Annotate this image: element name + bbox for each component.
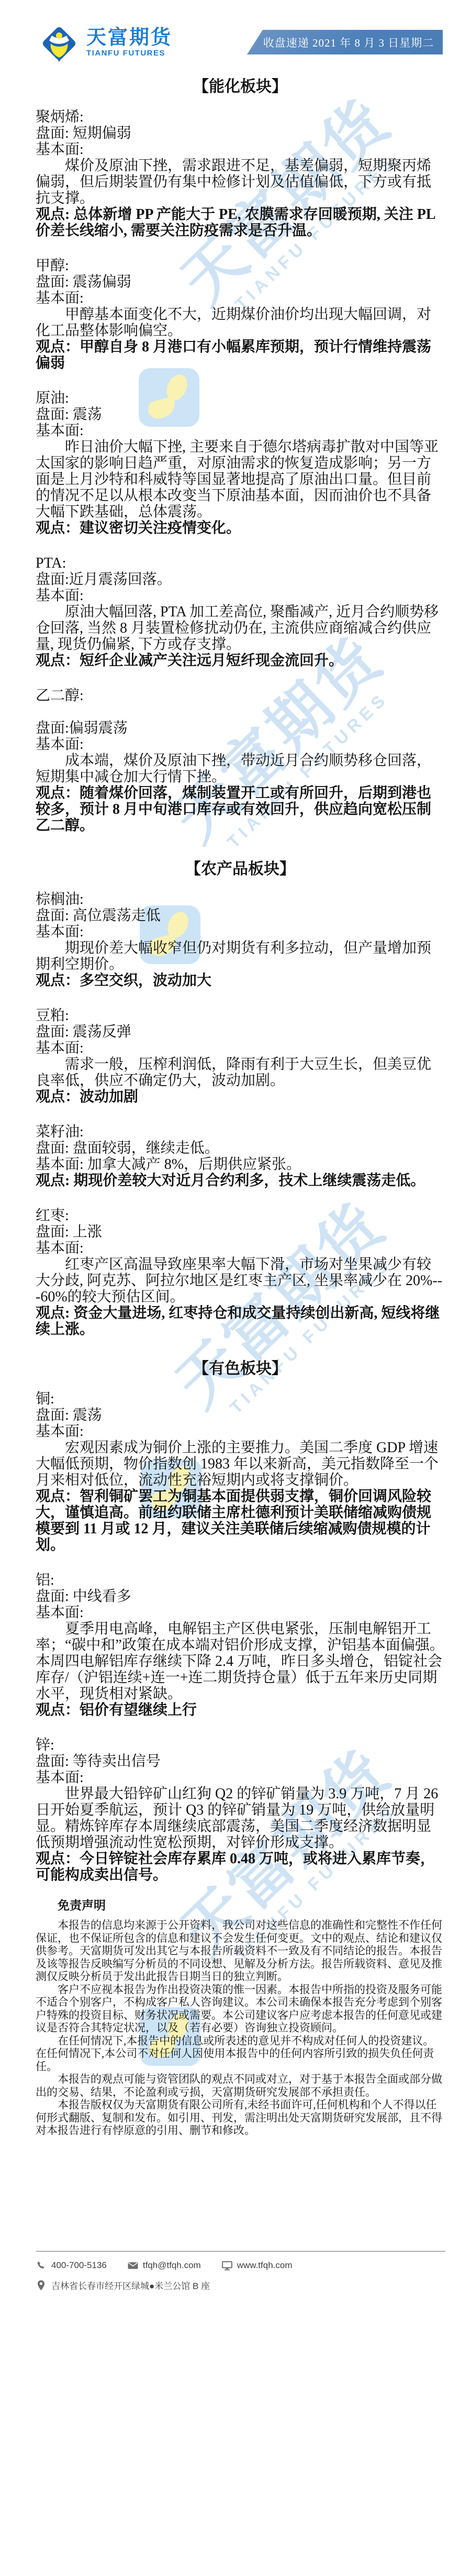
commodity-name: 豆粕: [36,1008,445,1024]
section-rapeseed-oil: 菜籽油: 盘面: 盘面较弱，继续走低。 基本面: 加拿大减产 8%，后期供应紧张… [36,1124,445,1189]
fundamentals-label: 基本面: [36,924,445,940]
section-meg: 乙二醇: 盘面:偏弱震荡 基本面: 成本端，煤价及原油下挫，带动近月合约顺势移仓… [36,688,445,834]
section-zinc: 锌: 盘面: 等待卖出信号 基本面: 世界最大铅锌矿山红狗 Q2 的锌矿销量为 … [36,1737,445,1883]
viewpoint-line: 观点：建议密切关注疫情变化。 [36,520,445,536]
viewpoint-line: 观点：智利铜矿罢工为铜基本面提供弱支撑，铜价回调风险较大，谨慎追高。前纽约联储主… [36,1488,445,1553]
commodity-name: 铜: [36,1391,445,1407]
market-line: 盘面: 中线看多 [36,1588,445,1605]
footer-website: www.tfqh.com [222,2260,293,2271]
report-date-banner: 收盘速递 2021 年 8 月 3 日星期二 [247,30,443,54]
market-line: 盘面:偏弱震荡 [36,720,445,736]
company-logo-group: 天富期货 TIANFU FUTURES [39,24,172,68]
fundamentals-paragraph: 昨日油价大幅下挫, 主要来自于德尔塔病毒扩散对中国等亚太国家的影响日趋严重，对原… [36,439,445,520]
section-palm-oil: 棕榈油: 盘面: 高位震荡走低 基本面: 期现价差大幅收窄但仍对期货有利多拉动，… [36,891,445,989]
viewpoint-line: 观点：今日锌锭社会库存累库 0.48 万吨，或将进入累库节奏，可能构成卖出信号。 [36,1851,445,1883]
fundamentals-paragraph: 红枣产区高温导致座果率大幅下滑，市场对坐果减少有较大分歧, 阿克苏、阿拉尔地区是… [36,1256,445,1305]
market-line: 盘面: 震荡反弹 [36,1024,445,1040]
market-line: 盘面: 等待卖出信号 [36,1753,445,1770]
footer-contacts-row: 400-700-5136 tfqh@tfqh.com www.tfqh.com [36,2260,445,2271]
viewpoint-line: 观点：多空交织，波动加大 [36,972,445,989]
viewpoint-line: 观点: 期现价差较大对近月合约利多，技术上继续震荡走低。 [36,1173,445,1189]
commodity-name: 锌: [36,1737,445,1753]
disclaimer: 免责声明 本报告的信息均来源于公开资料，我公司对这些信息的准确性和完整性不作任何… [36,1898,445,2137]
market-line: 盘面: 震荡 [36,1407,445,1423]
company-logo-text: 天富期货 TIANFU FUTURES [86,27,172,59]
viewpoint-line: 观点：甲醇自身 8 月港口有小幅累库预期，预计行情维持震荡偏弱 [36,339,445,371]
footer-email-text: tfqh@tfqh.com [143,2260,201,2271]
company-name-en: TIANFU FUTURES [86,48,172,59]
fundamentals-paragraph: 甲醇基本面变化不大，近期煤价油价均出现大幅回调，对化工品整体影响偏空。 [36,306,445,339]
market-line: 盘面: 短期偏弱 [36,125,445,141]
report-page: 天富期货 TIANFU FUTURES 天富期货 TIANFU FUTURES … [0,0,471,2576]
commodity-name: 乙二醇: [36,688,445,704]
commodity-name: PTA: [36,555,445,571]
commodity-name: 菜籽油: [36,1124,445,1140]
viewpoint-line: 观点：波动加剧 [36,1089,445,1105]
market-line: 盘面: 上涨 [36,1224,445,1240]
fundamentals-paragraph: 需求一般，压榨利润低，降雨有利于大豆生长，但美豆优良率低，供应不确定仍大，波动加… [36,1056,445,1089]
disclaimer-title: 免责声明 [58,1898,445,1914]
section-pta: PTA: 盘面:近月震荡回落。 基本面: 原油大幅回落, PTA 加工差高位, … [36,555,445,669]
viewpoint-line: 观点: 总体新增 PP 产能大于 PE, 农膜需求存回暖预期, 关注 PL 价差… [36,206,445,239]
disclaimer-paragraph: 本报告的观点可能与资管团队的观点不同或对立，对于基于本报告全面或部分做出的交易、… [36,2073,445,2098]
fundamentals-label: 基本面: [36,1040,445,1056]
company-logo-icon [39,24,79,68]
fundamentals-label: 基本面: 加拿大减产 8%，后期供应紧张。 [36,1156,445,1173]
commodity-name: 铝: [36,1572,445,1588]
footer-address-text: 吉林省长春市经开区绿城●米兰公馆 B 座 [51,2279,210,2292]
section-polypropylene: 聚炳烯: 盘面: 短期偏弱 基本面: 煤价及原油下挫，需求跟进不足，基差偏弱，短… [36,109,445,239]
fundamentals-label: 基本面: [36,1240,445,1256]
commodity-name: 甲醇: [36,258,445,274]
section-aluminum: 铝: 盘面: 中线看多 基本面: 夏季用电高峰，电解铝主产区供电紧张，压制电解铝… [36,1572,445,1718]
section-red-dates: 红枣: 盘面: 上涨 基本面: 红枣产区高温导致座果率大幅下滑，市场对坐果减少有… [36,1208,445,1337]
fundamentals-paragraph: 期现价差大幅收窄但仍对期货有利多拉动，但产量增加预期利空期价。 [36,940,445,972]
fundamentals-label: 基本面: [36,588,445,604]
email-icon [128,2261,138,2270]
market-line: 盘面: 高位震荡走低 [36,908,445,924]
fundamentals-paragraph: 夏季用电高峰，电解铝主产区供电紧张，压制电解铝开工率；“碳中和”政策在成本端对铝… [36,1621,445,1702]
location-pin-icon [36,2280,46,2291]
market-line: 盘面:近月震荡回落。 [36,571,445,588]
report-body: 【能化板块】 聚炳烯: 盘面: 短期偏弱 基本面: 煤价及原油下挫，需求跟进不足… [36,73,445,2137]
fundamentals-label: 基本面: [36,423,445,439]
viewpoint-line: 观点: 资金大量进场, 红枣持仓和成交量持续创出新高, 短线将继续上涨。 [36,1305,445,1337]
board-title-nonferrous: 【有色板块】 [36,1361,445,1377]
fundamentals-paragraph: 成本端，煤价及原油下挫，带动近月合约顺势移仓回落，短期集中减仓加大行情下挫。 [36,753,445,785]
fundamentals-paragraph: 煤价及原油下挫，需求跟进不足，基差偏弱，短期聚丙烯偏弱，但后期装置仍有集中检修计… [36,158,445,206]
viewpoint-line: 观点：铝价有望继续上行 [36,1702,445,1718]
section-copper: 铜: 盘面: 震荡 基本面: 宏观因素成为铜价上涨的主要推力。美国二季度 GDP… [36,1391,445,1553]
footer-email: tfqh@tfqh.com [128,2260,201,2271]
footer-address-row: 吉林省长春市经开区绿城●米兰公馆 B 座 [36,2279,445,2292]
fundamentals-paragraph: 世界最大铅锌矿山红狗 Q2 的锌矿销量为 3.9 万吨，7 月 26 日开始夏季… [36,1786,445,1851]
viewpoint-line: 观点：短纤企业减产关注远月短纤现金流回升。 [36,653,445,669]
commodity-name: 聚炳烯: [36,109,445,125]
commodity-name: 红枣: [36,1208,445,1224]
market-line: 盘面: 盘面较弱，继续走低。 [36,1140,445,1156]
commodity-name: 棕榈油: [36,891,445,908]
fundamentals-paragraph: 原油大幅回落, PTA 加工差高位, 聚酯减产, 近月合约顺势移仓回落, 当然 … [36,604,445,653]
disclaimer-paragraph: 本报告版权仅为天富期货有限公司所有,未经书面许可,任何机构和个人不得以任何形式翻… [36,2098,445,2137]
section-methanol: 甲醇: 盘面: 震荡偏弱 基本面: 甲醇基本面变化不大，近期煤价油价均出现大幅回… [36,258,445,371]
footer-phone: 400-700-5136 [36,2260,107,2271]
board-title-energy: 【能化板块】 [36,79,445,95]
monitor-icon [222,2261,232,2271]
disclaimer-paragraph: 在任何情况下,本报告中的信息或所表述的意见并不构成对任何人的投资建议。在任何情况… [36,2035,445,2073]
phone-icon [36,2260,47,2271]
footer-phone-text: 400-700-5136 [51,2260,107,2271]
board-title-agriculture: 【农产品板块】 [36,861,445,878]
fundamentals-paragraph: 宏观因素成为铜价上涨的主要推力。美国二季度 GDP 增速大幅低预期，物价指数创 … [36,1440,445,1488]
company-name-cn: 天富期货 [86,27,172,48]
fundamentals-label: 基本面: [36,1770,445,1786]
fundamentals-label: 基本面: [36,290,445,306]
section-soybean-meal: 豆粕: 盘面: 震荡反弹 基本面: 需求一般，压榨利润低，降雨有利于大豆生长，但… [36,1008,445,1105]
fundamentals-label: 基本面: [36,1605,445,1621]
disclaimer-paragraph: 本报告的信息均来源于公开资料，我公司对这些信息的准确性和完整性不作任何保证，也不… [36,1919,445,1983]
footer-website-text: www.tfqh.com [237,2260,293,2271]
fundamentals-label: 基本面: [36,736,445,753]
disclaimer-paragraph: 客户不应视本报告为作出投资决策的惟一因素。本报告中所指的投资及服务可能不适合个别… [36,1983,445,2035]
section-crude-oil: 原油: 盘面: 震荡 基本面: 昨日油价大幅下挫, 主要来自于德尔塔病毒扩散对中… [36,390,445,536]
viewpoint-line: 观点：随着煤价回落，煤制装置开工或有所回升，后期到港也较多，预计 8 月中旬港口… [36,785,445,834]
market-line: 盘面: 震荡偏弱 [36,274,445,290]
footer: 400-700-5136 tfqh@tfqh.com www.tfqh.com [36,2251,445,2292]
market-line: 盘面: 震荡 [36,406,445,423]
fundamentals-label: 基本面: [36,141,445,158]
fundamentals-label: 基本面: [36,1423,445,1440]
commodity-name: 原油: [36,390,445,406]
